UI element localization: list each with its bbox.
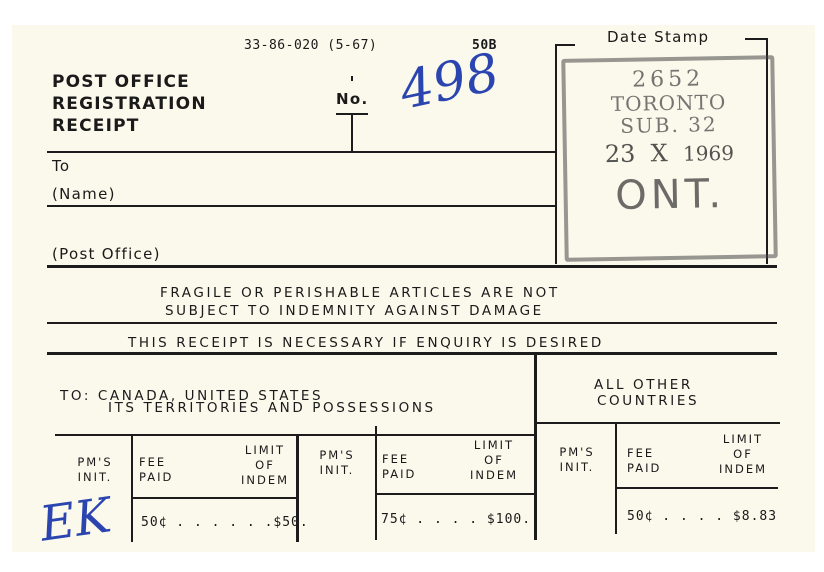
stamp-date: 23 X 1969 [567,139,772,167]
header-text: PM'S [303,448,371,463]
stamp-province: ONT. [567,173,773,217]
title-line: REGISTRATION [52,93,207,115]
pm-init-header: PM'S INIT. [303,448,371,478]
header-text: INIT. [303,463,371,478]
header-text: INDEM [710,462,776,477]
page-title: POST OFFICE REGISTRATION RECEIPT [52,71,207,137]
header-text: LIMIT [710,432,776,447]
fee-paid-header: FEE PAID [382,452,416,482]
name-label: (Name) [52,185,116,203]
divider [47,352,777,355]
divider [745,38,766,40]
foreign-header-line1: ALL OTHER [594,377,693,393]
stamp-line: 2652 [565,67,770,93]
number-label: No. [336,90,368,108]
header-text: FEE [627,446,661,461]
header-text: PAID [627,461,661,476]
header-text: PM'S [62,455,128,470]
pm-initials-handwritten: EK [36,487,114,552]
header-text: LIMIT [460,438,528,453]
divider [47,151,555,153]
fragile-notice-line2: SUBJECT TO INDEMNITY AGAINST DAMAGE [165,303,544,319]
divider [555,44,575,46]
fee-limit-value: 50¢ . . . . . .$50. [141,515,309,530]
divider [131,497,296,499]
divider [555,44,557,264]
fee-limit-value: 50¢ . . . . $8.83 [627,509,777,524]
divider [47,265,777,268]
domestic-header-line2: ITS TERRITORIES AND POSSESSIONS [108,400,436,416]
divider [615,487,778,489]
divider [47,205,555,207]
tick-mark [351,76,353,81]
divider [375,493,535,495]
stamp-month: X [650,139,668,167]
divider [351,113,353,151]
divider [131,434,133,542]
fragile-notice-line1: FRAGILE OR PERISHABLE ARTICLES ARE NOT [160,285,560,301]
fee-paid-header: FEE PAID [627,446,661,476]
header-text: OF [710,447,776,462]
enquiry-notice: THIS RECEIPT IS NECESSARY IF ENQUIRY IS … [128,335,604,351]
stamp-line: TORONTO [566,91,771,115]
limit-header: LIMIT OF INDEM [460,438,528,483]
header-text: PAID [382,467,416,482]
header-text: FEE [382,452,416,467]
postmark-stamp: 2652 TORONTO SUB. 32 23 X 1969 ONT. [561,55,778,262]
foreign-header-line2: COUNTRIES [597,393,699,409]
divider [534,354,537,540]
stamp-year: 1969 [683,141,734,166]
limit-header: LIMIT OF INDEM [710,432,776,477]
date-stamp-label: Date Stamp [607,28,709,46]
divider [47,322,777,324]
header-text: OF [460,453,528,468]
header-text: FEE [139,455,173,470]
fee-limit-value: 75¢ . . . . $100. [381,512,531,527]
limit-header: LIMIT OF INDEM [232,443,298,488]
to-label: To [52,157,70,175]
header-text: LIMIT [232,443,298,458]
title-line: POST OFFICE [52,71,207,93]
pm-init-header: PM'S INIT. [543,445,611,475]
divider [535,422,780,424]
stamp-day: 23 [605,140,636,169]
divider [55,434,535,436]
header-text: INDEM [232,473,298,488]
stamp-line: SUB. 32 [566,113,771,137]
fee-paid-header: FEE PAID [139,455,173,485]
header-text: INIT. [62,470,128,485]
header-text: INDEM [460,468,528,483]
header-text: PAID [139,470,173,485]
divider [296,434,299,542]
post-office-label: (Post Office) [52,245,161,263]
divider [375,426,377,540]
header-text: INIT. [543,460,611,475]
pm-init-header: PM'S INIT. [62,455,128,485]
divider [615,422,617,534]
header-text: PM'S [543,445,611,460]
title-line: RECEIPT [52,115,207,137]
header-text: OF [232,458,298,473]
form-number: 33-86-020 (5-67) [244,38,377,53]
